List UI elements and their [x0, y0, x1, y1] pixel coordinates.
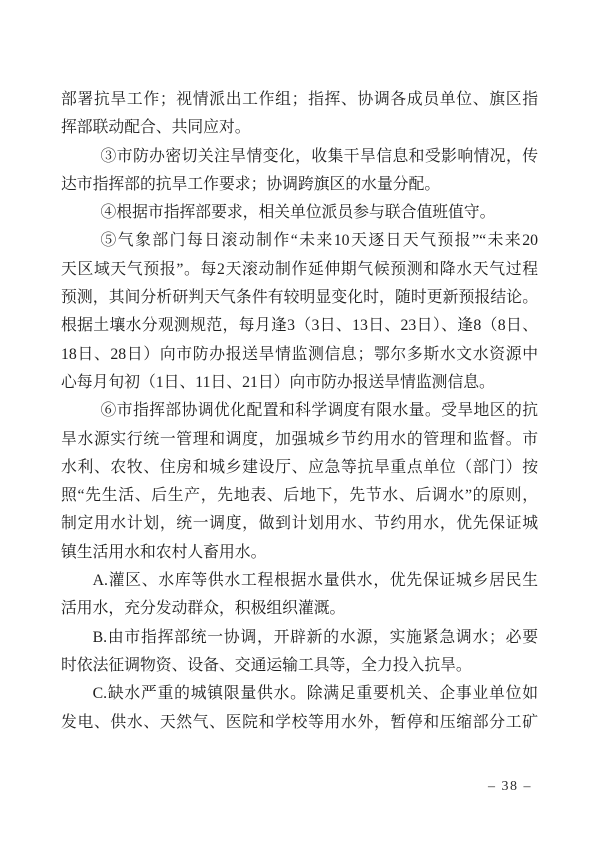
text-line: 发电、供水、天然气、医院和学校等用水外，暂停和压缩部分工矿 — [61, 709, 538, 737]
paragraph: B.由市指挥部统一协调，开辟新的水源，实施紧急调水；必要时依法征调物资、设备、交… — [61, 624, 538, 681]
text-line: 心每月旬初（1日、11日、21日）向市防办报送旱情监测信息。 — [61, 369, 538, 397]
text-line: 照“先生活、后生产，先地表、后地下，先节水、后调水”的原则， — [61, 482, 538, 510]
paragraph: ⑤气象部门每日滚动制作“未来10天逐日天气预报”“未来20天区域天气预报”。每2… — [61, 227, 538, 397]
text-line: ③市防办密切关注旱情变化，收集干旱信息和受影响情况，传 — [61, 143, 538, 171]
text-line: 旱水源实行统一管理和调度，加强城乡节约用水的管理和监督。市 — [61, 426, 538, 454]
paragraph: 部署抗旱工作；视情派出工作组；指挥、协调各成员单位、旗区指挥部联动配合、共同应对… — [61, 86, 538, 143]
document-page: 部署抗旱工作；视情派出工作组；指挥、协调各成员单位、旗区指挥部联动配合、共同应对… — [0, 0, 600, 847]
document-body: 部署抗旱工作；视情派出工作组；指挥、协调各成员单位、旗区指挥部联动配合、共同应对… — [61, 86, 538, 737]
text-line: 制定用水计划，统一调度，做到计划用水、节约用水，优先保证城 — [61, 510, 538, 538]
text-line: 18日、28日）向市防办报送旱情监测信息；鄂尔多斯水文水资源中 — [61, 341, 538, 369]
paragraph: ④根据市指挥部要求，相关单位派员参与联合值班值守。 — [61, 199, 538, 227]
text-line: 挥部联动配合、共同应对。 — [61, 114, 538, 142]
paragraph: ⑥市指挥部协调优化配置和科学调度有限水量。受旱地区的抗旱水源实行统一管理和调度，… — [61, 397, 538, 567]
text-line: 镇生活用水和农村人畜用水。 — [61, 539, 538, 567]
text-line: C.缺水严重的城镇限量供水。除满足重要机关、企事业单位如 — [61, 680, 538, 708]
text-line: 达市指挥部的抗旱工作要求；协调跨旗区的水量分配。 — [61, 171, 538, 199]
text-line: 活用水，充分发动群众，积极组织灌溉。 — [61, 595, 538, 623]
text-line: 部署抗旱工作；视情派出工作组；指挥、协调各成员单位、旗区指 — [61, 86, 538, 114]
text-line: B.由市指挥部统一协调，开辟新的水源，实施紧急调水；必要 — [61, 624, 538, 652]
paragraph: A.灌区、水库等供水工程根据水量供水，优先保证城乡居民生活用水，充分发动群众，积… — [61, 567, 538, 624]
text-line: ⑤气象部门每日滚动制作“未来10天逐日天气预报”“未来20 — [61, 227, 538, 255]
text-line: ⑥市指挥部协调优化配置和科学调度有限水量。受旱地区的抗 — [61, 397, 538, 425]
text-line: 根据土壤水分观测规范，每月逢3（3日、13日、23日）、逢8（8日、 — [61, 312, 538, 340]
paragraph: ③市防办密切关注旱情变化，收集干旱信息和受影响情况，传达市指挥部的抗旱工作要求；… — [61, 143, 538, 200]
text-line: 水利、农牧、住房和城乡建设厅、应急等抗旱重点单位（部门）按 — [61, 454, 538, 482]
text-line: 天区域天气预报”。每2天滚动制作延伸期气候预测和降水天气过程 — [61, 256, 538, 284]
paragraph: C.缺水严重的城镇限量供水。除满足重要机关、企事业单位如发电、供水、天然气、医院… — [61, 680, 538, 737]
text-line: 预测，其间分析研判天气条件有较明显变化时，随时更新预报结论。 — [61, 284, 538, 312]
page-number: – 38 – — [488, 779, 532, 795]
text-line: 时依法征调物资、设备、交通运输工具等，全力投入抗旱。 — [61, 652, 538, 680]
text-line: A.灌区、水库等供水工程根据水量供水，优先保证城乡居民生 — [61, 567, 538, 595]
text-line: ④根据市指挥部要求，相关单位派员参与联合值班值守。 — [61, 199, 538, 227]
